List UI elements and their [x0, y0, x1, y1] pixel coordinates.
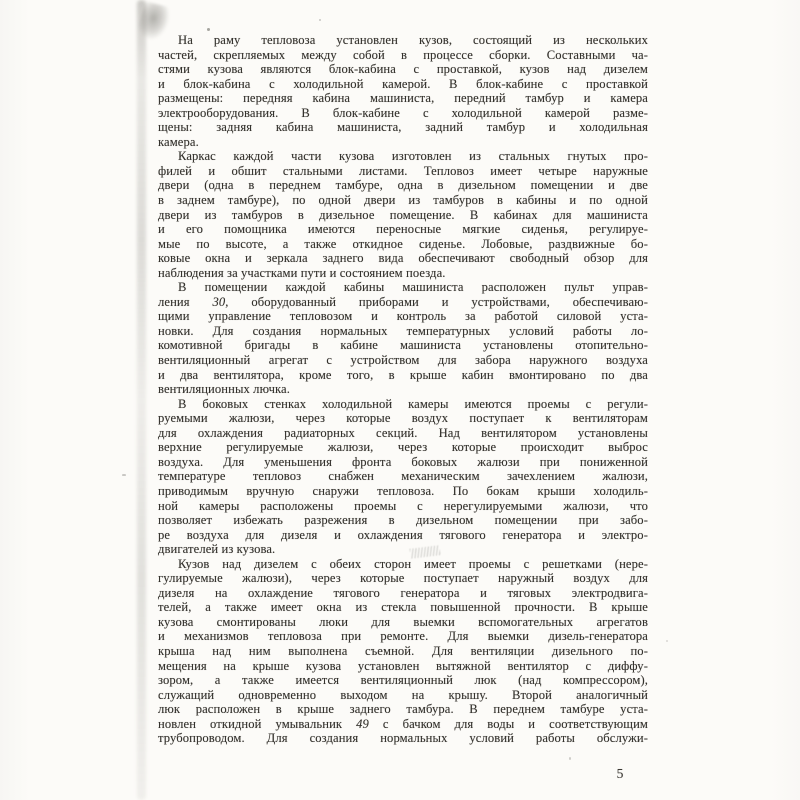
- text-line: температуре тепловоз снабжен механически…: [158, 469, 648, 484]
- text-line: комотивной бригады в кабине машиниста ус…: [158, 338, 648, 353]
- text-line: ковые окна и зеркала заднего вида обеспе…: [158, 251, 648, 266]
- text-line: и его помощника имеются переносные мягки…: [158, 222, 648, 237]
- text-line: телей, а также имеет окна из стекла повы…: [158, 600, 648, 615]
- text-line: Каркас каждой части кузова изготовлен из…: [158, 149, 648, 164]
- text-line: щены: задняя кабина машиниста, задний та…: [158, 120, 648, 135]
- text-line: филей и обшит стальными листами. Теплово…: [158, 164, 648, 179]
- text-line: частей, скрепляемых между собой в процес…: [158, 48, 648, 63]
- text-line: и блок-кабина с холодильной камерой. В б…: [158, 77, 648, 92]
- text-line: электрооборудования. В блок-кабине с хол…: [158, 106, 648, 121]
- paragraph: Кузов над дизелем с обеих сторон имеет п…: [158, 557, 648, 746]
- scan-speck: [569, 757, 571, 760]
- text-line: и механизмов тепловоза при ремонте. Для …: [158, 629, 648, 644]
- text-line: кузова смонтированы люки для выемки вспо…: [158, 615, 648, 630]
- text-line: ления 30, оборудованный приборами и устр…: [158, 295, 648, 310]
- text-line: стями кузова являются блок-кабина с прос…: [158, 62, 648, 77]
- text-line: люк расположен в крыше заднего тамбура. …: [158, 702, 648, 717]
- scan-speck: [207, 28, 210, 31]
- text-line: ре воздуха для дизеля и охлаждения тягов…: [158, 528, 648, 543]
- text-line: двигателей из кузова.: [158, 542, 648, 557]
- text-line: воздуха. Для уменьшения фронта боковых ж…: [158, 455, 648, 470]
- text-line: размещены: передняя кабина машиниста, пе…: [158, 91, 648, 106]
- text-line: ной камеры расположены проемы с нерегули…: [158, 499, 648, 514]
- text-line: гулируемые жалюзи), через которые поступ…: [158, 571, 648, 586]
- page-number: 5: [610, 766, 630, 782]
- text-line: В боковых стенках холодильной камеры име…: [158, 397, 648, 412]
- text-line: для охлаждения радиаторных секций. Над в…: [158, 426, 648, 441]
- text-line: На раму тепловоза установлен кузов, сост…: [158, 33, 648, 48]
- text-line: щими управление тепловозом и контроль за…: [158, 309, 648, 324]
- gutter-shadow: [137, 0, 146, 800]
- text-line: Кузов над дизелем с обеих сторон имеет п…: [158, 557, 648, 572]
- paragraph: В боковых стенках холодильной камеры име…: [158, 397, 648, 557]
- text-line: и два вентилятора, кроме того, в крыше к…: [158, 368, 648, 383]
- text-line: зором, а также имеется вентиляционный лю…: [158, 673, 648, 688]
- text-line: в заднем тамбуре), по одной двери из там…: [158, 193, 648, 208]
- text-line: мые по высоте, а также откидное сиденье.…: [158, 237, 648, 252]
- text-line: трубопроводом. Для создания нормальных у…: [158, 731, 648, 746]
- text-line: В помещении каждой кабины машиниста расп…: [158, 280, 648, 295]
- paragraph: В помещении каждой кабины машиниста расп…: [158, 280, 648, 396]
- text-line: дизеля на охлаждение тягового генератора…: [158, 586, 648, 601]
- text-line: мещения на крыше кузова установлен вытяж…: [158, 659, 648, 674]
- text-line: вентиляционных лючка.: [158, 382, 648, 397]
- scan-speck: [122, 474, 126, 476]
- text-line: двери (одна в переднем тамбуре, одна в д…: [158, 178, 648, 193]
- scan-speck: [319, 19, 321, 21]
- text-block: На раму тепловоза установлен кузов, сост…: [158, 33, 648, 746]
- scan-speck: [666, 640, 668, 642]
- paragraph: На раму тепловоза установлен кузов, сост…: [158, 33, 648, 149]
- text-line: наблюдения за участками пути и состояние…: [158, 266, 648, 281]
- text-line: новки. Для создания нормальных температу…: [158, 324, 648, 339]
- scan-page: На раму тепловоза установлен кузов, сост…: [0, 0, 800, 800]
- text-line: новлен откидной умывальник 49 с бачком д…: [158, 717, 648, 732]
- text-line: крыша над ним выполнена съемной. Для вен…: [158, 644, 648, 659]
- text-line: служащий одновременно выходом на крышу. …: [158, 688, 648, 703]
- text-line: вентиляционный агрегат с устройством для…: [158, 353, 648, 368]
- text-line: камера.: [158, 135, 648, 150]
- text-line: приводимым вручную снаружи тепловоза. По…: [158, 484, 648, 499]
- text-line: руемыми жалюзи, через которые воздух пос…: [158, 411, 648, 426]
- paragraph: Каркас каждой части кузова изготовлен из…: [158, 149, 648, 280]
- text-line: позволяет избежать разрежения в дизельно…: [158, 513, 648, 528]
- text-line: двери из тамбуров в дизельное помещение.…: [158, 208, 648, 223]
- text-line: верхние регулируемые жалюзи, через котор…: [158, 440, 648, 455]
